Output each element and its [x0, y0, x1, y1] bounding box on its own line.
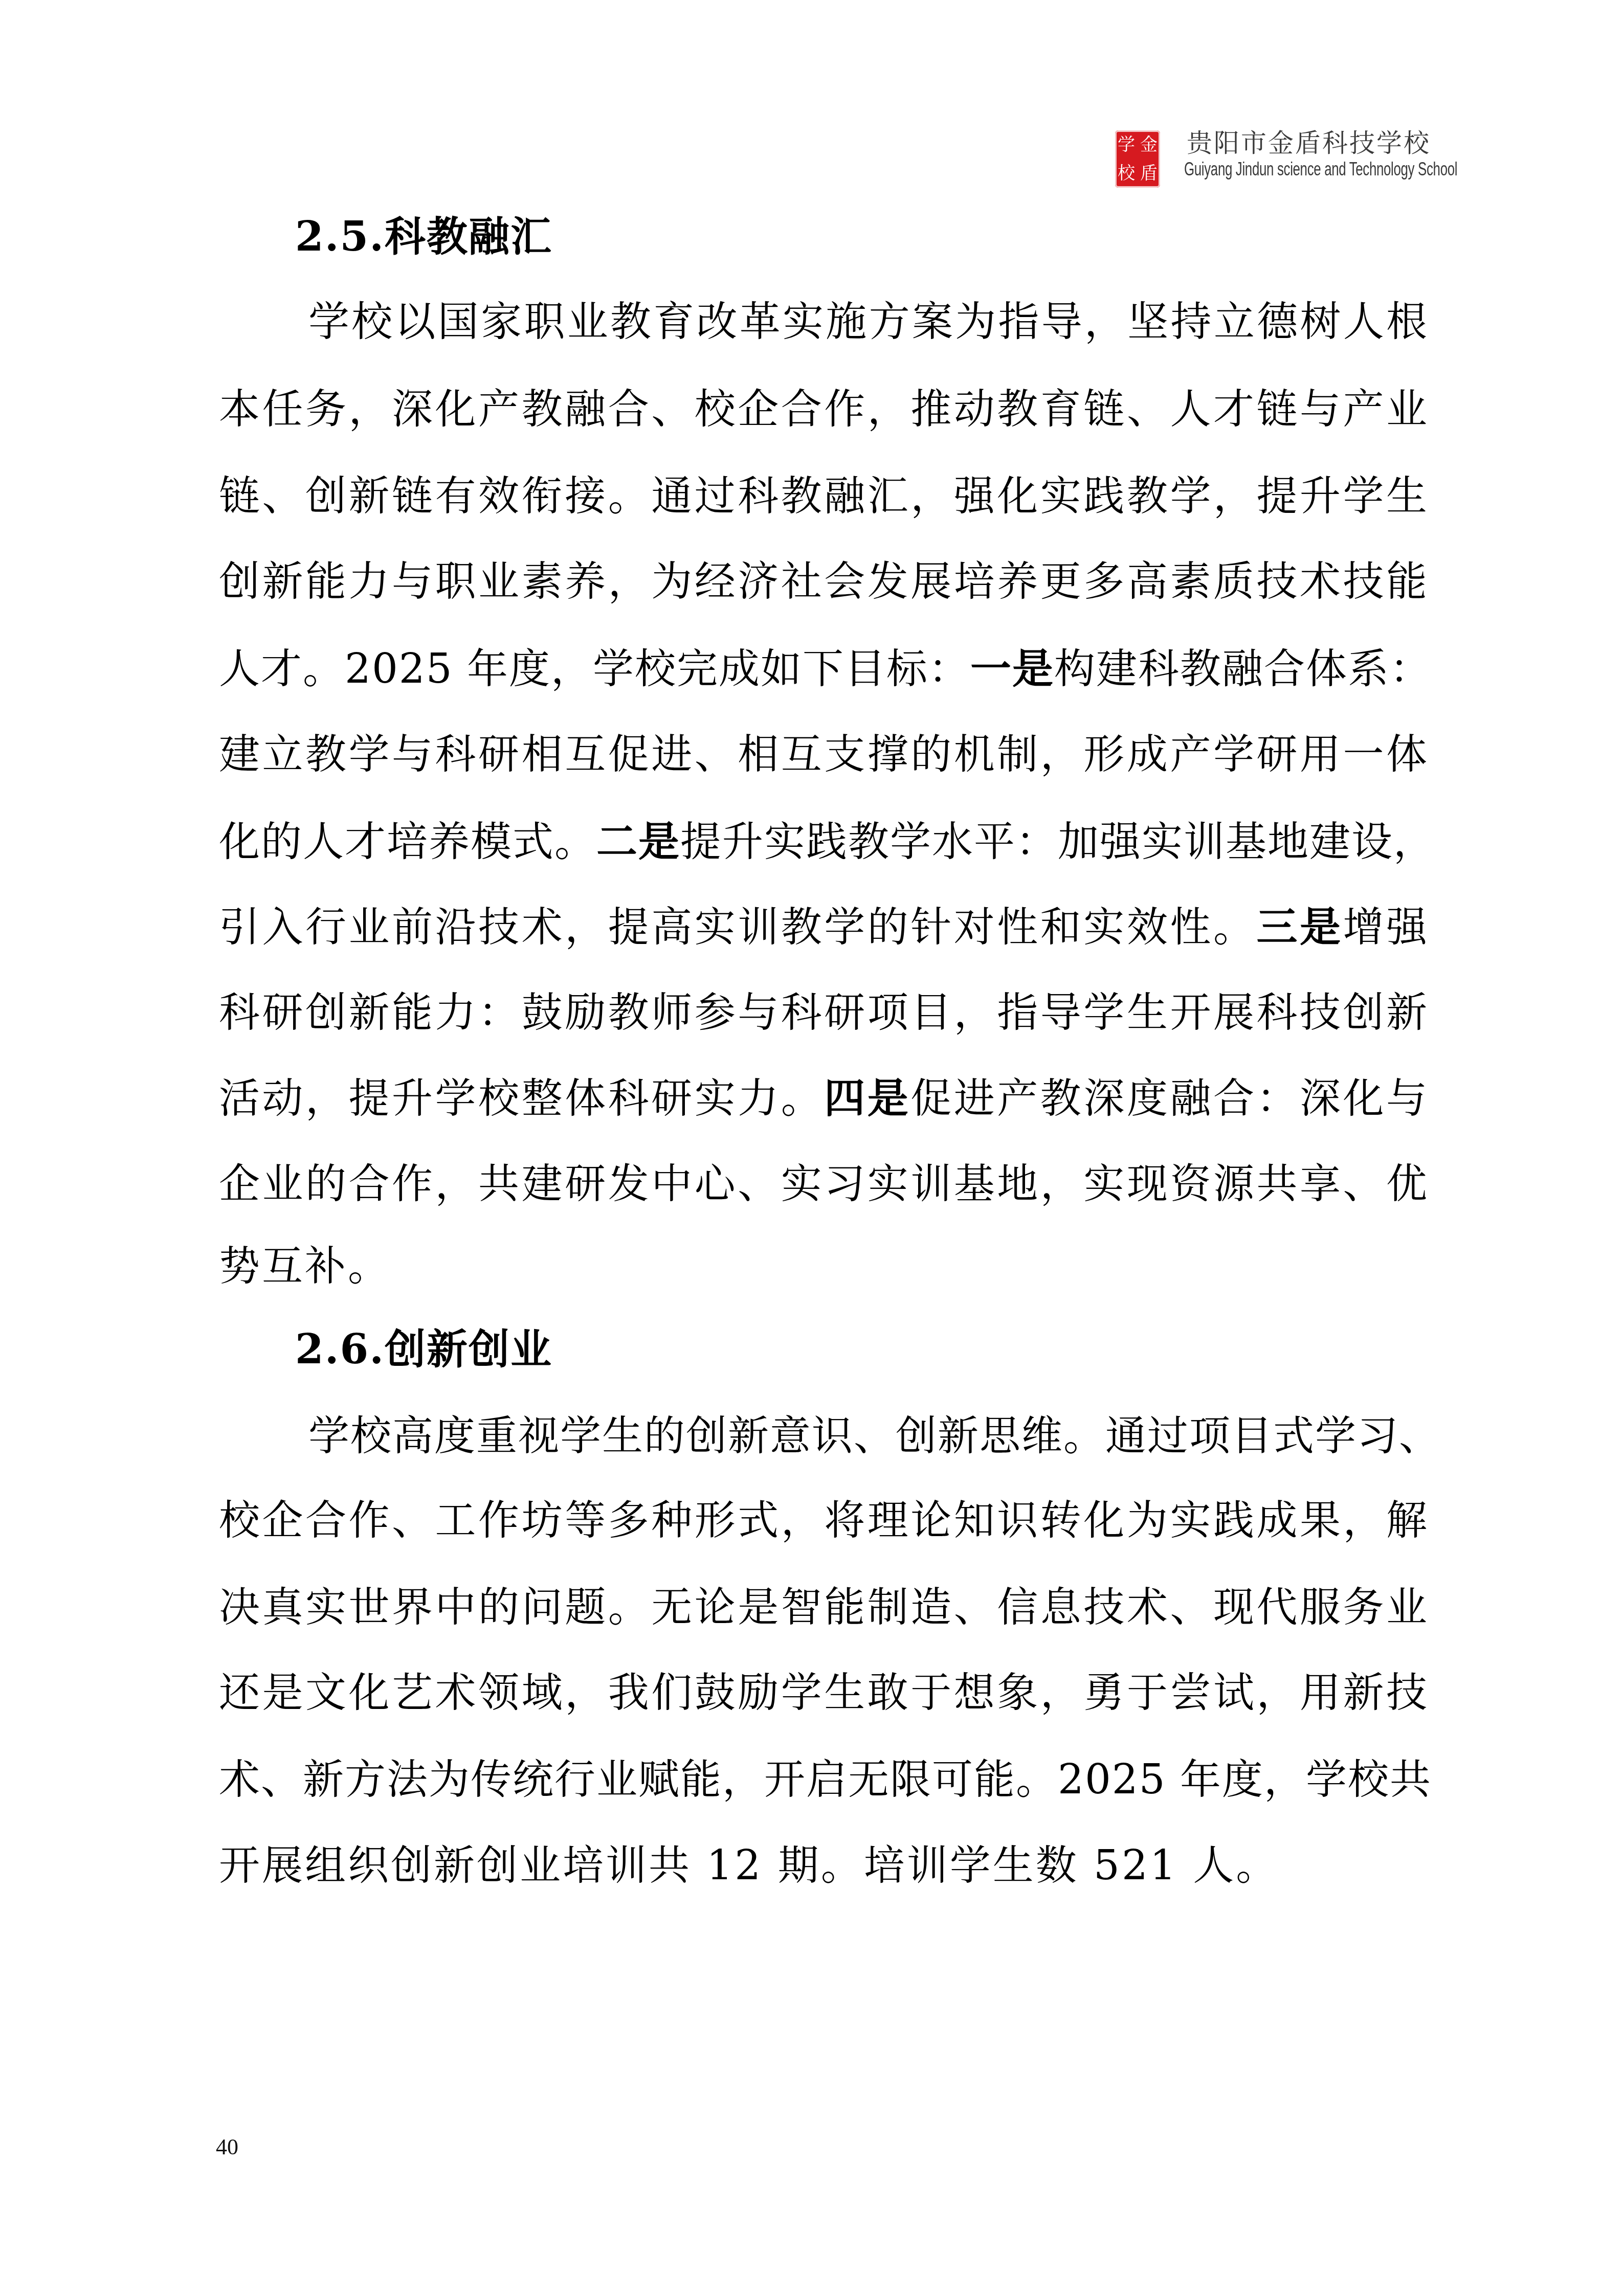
body-text: 术、新方法为传统行业赋能，开启无限可能。2025 年度，学校共 — [219, 1755, 1432, 1803]
page-number: 40 — [216, 2133, 238, 2161]
emphasis-text: 四是 — [824, 1074, 910, 1122]
page-header: 学 金 校 盾 贵阳市金盾科技学校 Guiyang Jindun science… — [1110, 123, 1448, 194]
body-text: 活动，提升学校整体科研实力。 — [219, 1074, 824, 1122]
body-text: 决真实世界中的问题。无论是智能制造、信息技术、现代服务业 — [219, 1583, 1428, 1631]
paragraph-line: 校企合作、工作坊等多种形式，将理论知识转化为实践成果，解 — [219, 1492, 1428, 1548]
paragraph-line: 学校高度重视学生的创新意识、创新思维。通过项目式学习、 — [308, 1408, 1428, 1464]
paragraph-line: 引入行业前沿技术，提高实训教学的针对性和实效性。三是增强 — [219, 898, 1428, 955]
school-name-cn: 贵阳市金盾科技学校 — [1187, 123, 1431, 160]
body-text: 引入行业前沿技术，提高实训教学的针对性和实效性。 — [219, 903, 1256, 951]
paragraph-line: 化的人才培养模式。二是提升实践教学水平：加强实训基地建设， — [219, 813, 1428, 869]
school-seal-logo: 学 金 校 盾 — [1115, 130, 1160, 188]
body-text: 化的人才培养模式。 — [219, 818, 596, 865]
body-text: 学校以国家职业教育改革实施方案为指导，坚持立德树人根 — [308, 298, 1428, 345]
body-text: 校企合作、工作坊等多种形式，将理论知识转化为实践成果，解 — [219, 1496, 1428, 1544]
paragraph-line: 链、创新链有效衔接。通过科教融汇，强化实践教学，提升学生 — [219, 468, 1428, 524]
body-text: 人才。2025 年度，学校完成如下目标： — [219, 645, 970, 692]
paragraph-line: 决真实世界中的问题。无论是智能制造、信息技术、现代服务业 — [219, 1579, 1428, 1635]
paragraph-line: 科研创新能力：鼓励教师参与科研项目，指导学生开展科技创新 — [219, 984, 1428, 1041]
emphasis-text: 三是 — [1256, 903, 1343, 951]
body-text: 企业的合作，共建研发中心、实习实训基地，实现资源共享、优 — [219, 1160, 1428, 1207]
seal-char: 金 — [1140, 136, 1158, 153]
paragraph-line: 学校以国家职业教育改革实施方案为指导，坚持立德树人根 — [308, 294, 1428, 350]
paragraph-line: 术、新方法为传统行业赋能，开启无限可能。2025 年度，学校共 — [219, 1751, 1428, 1808]
paragraph-line: 还是文化艺术领域，我们鼓励学生敢于想象，勇于尝试，用新技 — [219, 1664, 1428, 1721]
paragraph-line: 本任务，深化产教融合、校企合作，推动教育链、人才链与产业 — [219, 381, 1428, 437]
body-text: 开展组织创新创业培训共 12 期。培训学生数 521 人。 — [219, 1841, 1279, 1889]
body-text: 势互补。 — [219, 1242, 391, 1290]
body-text: 科研创新能力：鼓励教师参与科研项目，指导学生开展科技创新 — [219, 988, 1428, 1036]
body-text: 学校高度重视学生的创新意识、创新思维。通过项目式学习、 — [308, 1412, 1441, 1459]
body-text: 提升实践教学水平：加强实训基地建设， — [680, 818, 1435, 865]
paragraph-line: 建立教学与科研相互促进、相互支撑的机制，形成产学研用一体 — [219, 726, 1428, 782]
paragraph-line: 开展组织创新创业培训共 12 期。培训学生数 521 人。 — [219, 1837, 1428, 1894]
body-text: 还是文化艺术领域，我们鼓励学生敢于想象，勇于尝试，用新技 — [219, 1669, 1428, 1716]
body-text: 本任务，深化产教融合、校企合作，推动教育链、人才链与产业 — [219, 385, 1428, 433]
section-heading-2-5: 2.5.科教融汇 — [295, 208, 552, 264]
paragraph-line: 企业的合作，共建研发中心、实习实训基地，实现资源共享、优 — [219, 1156, 1428, 1212]
body-text: 链、创新链有效衔接。通过科教融汇，强化实践教学，提升学生 — [219, 472, 1428, 520]
body-text: 构建科教融合体系： — [1054, 645, 1432, 692]
paragraph-line: 活动，提升学校整体科研实力。四是促进产教深度融合：深化与 — [219, 1070, 1428, 1126]
paragraph-line: 创新能力与职业素养，为经济社会发展培养更多高素质技术技能 — [219, 553, 1428, 610]
body-text: 创新能力与职业素养，为经济社会发展培养更多高素质技术技能 — [219, 557, 1428, 605]
body-text: 建立教学与科研相互促进、相互支撑的机制，形成产学研用一体 — [219, 730, 1428, 778]
emphasis-text: 二是 — [596, 817, 680, 865]
seal-char: 学 — [1118, 136, 1135, 153]
school-name-en: Guiyang Jindun science and Technology Sc… — [1184, 159, 1457, 180]
seal-char: 校 — [1118, 165, 1135, 182]
seal-char: 盾 — [1140, 165, 1158, 182]
paragraph-line: 势互补。 — [219, 1238, 1428, 1294]
paragraph-line: 人才。2025 年度，学校完成如下目标：一是构建科教融合体系： — [219, 640, 1428, 696]
body-text: 促进产教深度融合：深化与 — [910, 1074, 1428, 1122]
section-heading-2-6: 2.6.创新创业 — [295, 1321, 552, 1377]
emphasis-text: 一是 — [970, 644, 1054, 692]
body-text: 增强 — [1343, 903, 1429, 951]
